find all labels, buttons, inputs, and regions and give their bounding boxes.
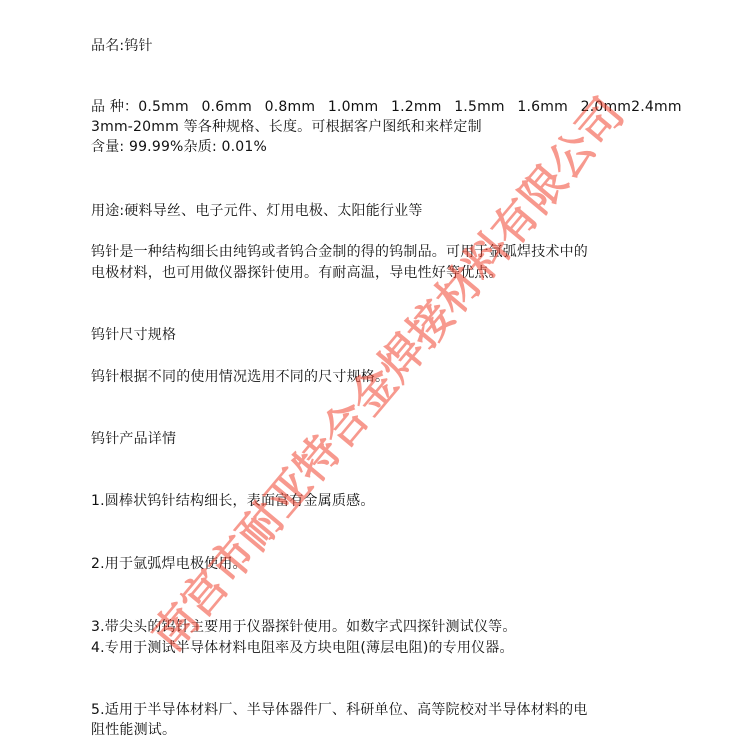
details-heading: 钨针产品详情 xyxy=(91,430,176,448)
description-line-1: 钨针是一种结构细长由纯钨或者钨合金制的得的钨制品。可用于氩弧焊技术中的 xyxy=(91,243,588,261)
variety-sizes: 0.5mm 0.6mm 0.8mm 1.0mm 1.2mm 1.5mm 1.6m… xyxy=(138,99,681,115)
detail-item-5: 5.适用于半导体材料厂、半导体器件厂、科研单位、高等院校对半导体材料的电 xyxy=(91,701,588,719)
detail-item-4: 4.专用于测试半导体材料电阻率及方块电阻(薄层电阻)的专用仪器。 xyxy=(91,639,514,657)
document-page: 品名:钨针 品 种：0.5mm 0.6mm 0.8mm 1.0mm 1.2mm … xyxy=(0,0,750,750)
variety-line-2: 3mm-20mm 等各种规格、长度。可根据客户图纸和来样定制 xyxy=(91,118,482,136)
detail-item-5-continued: 阻性能测试。 xyxy=(91,721,176,739)
size-spec-text: 钨针根据不同的使用情况选用不同的尺寸规格。 xyxy=(91,368,389,386)
description-line-2: 电极材料，也可用做仪器探针使用。有耐高温，导电性好等优点。 xyxy=(91,264,503,282)
detail-item-2: 2.用于氩弧焊电极使用。 xyxy=(91,555,247,573)
size-spec-heading: 钨针尺寸规格 xyxy=(91,326,176,344)
detail-item-3: 3.带尖头的钨针主要用于仪器探针使用。如数字式四探针测试仪等。 xyxy=(91,618,517,636)
variety-line-1: 品 种：0.5mm 0.6mm 0.8mm 1.0mm 1.2mm 1.5mm … xyxy=(91,98,682,116)
content-line: 含量: 99.99%杂质: 0.01% xyxy=(91,138,267,156)
product-name: 品名:钨针 xyxy=(91,37,153,55)
usage-line: 用途:硬料导丝、电子元件、灯用电极、太阳能行业等 xyxy=(91,202,423,220)
detail-item-1: 1.圆棒状钨针结构细长，表面富有金属质感。 xyxy=(91,492,375,510)
variety-label: 品 种： xyxy=(91,99,138,115)
